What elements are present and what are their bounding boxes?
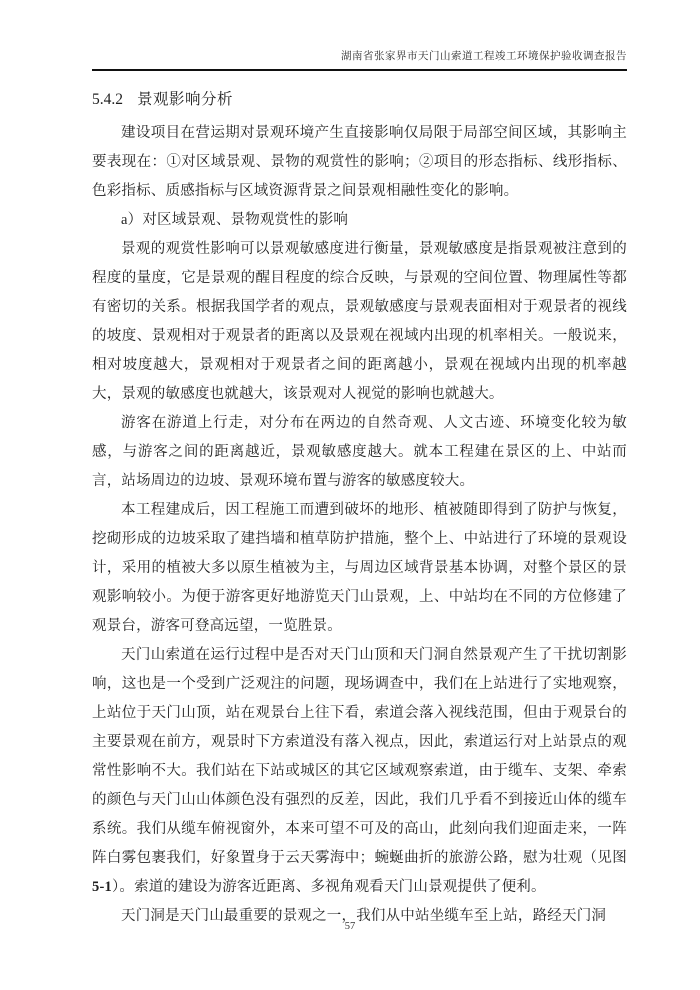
- paragraph: 本工程建成后，因工程施工而遭到破坏的地形、植被随即得到了防护与恢复，挖砌形成的边…: [92, 496, 627, 641]
- document-page: 湖南省张家界市天门山索道工程竣工环境保护验收调查报告 5.4.2景观影响分析 建…: [0, 0, 700, 990]
- section-number: 5.4.2: [92, 91, 123, 108]
- sub-heading: a）对区域景观、景物观赏性的影响: [92, 206, 627, 235]
- page-content: 湖南省张家界市天门山索道工程竣工环境保护验收调查报告 5.4.2景观影响分析 建…: [92, 48, 627, 931]
- section-title: 景观影响分析: [137, 91, 233, 108]
- body-paragraphs: 建设项目在营运期对景观环境产生直接影响仅局限于局部空间区域，其影响主要表现在：①…: [92, 119, 627, 931]
- paragraph-text: 天门山索道在运行过程中是否对天门山顶和天门洞自然景观产生了干扰切割影响，这也是一…: [92, 647, 627, 866]
- paragraph: 游客在游道上行走，对分布在两边的自然奇观、人文古迹、环境变化较为敏感，与游客之间…: [92, 409, 627, 496]
- section-heading: 5.4.2景观影响分析: [92, 87, 627, 109]
- paragraph-text: 5-1: [92, 879, 112, 895]
- header-divider: [92, 69, 627, 71]
- paragraph: 建设项目在营运期对景观环境产生直接影响仅局限于局部空间区域，其影响主要表现在：①…: [92, 119, 627, 206]
- paragraph-text: 景观的观赏性影响可以景观敏感度进行衡量，景观敏感度是指景观被注意到的程度的量度，…: [92, 241, 627, 402]
- paragraph: 景观的观赏性影响可以景观敏感度进行衡量，景观敏感度是指景观被注意到的程度的量度，…: [92, 235, 627, 409]
- running-header-title: 湖南省张家界市天门山索道工程竣工环境保护验收调查报告: [92, 48, 627, 69]
- paragraph-text: ）。索道的建设为游客近距离、多视角观看天门山景观提供了便利。: [112, 879, 546, 895]
- page-number: 57: [0, 921, 700, 932]
- paragraph-text: 本工程建成后，因工程施工而遭到破坏的地形、植被随即得到了防护与恢复，挖砌形成的边…: [92, 502, 627, 634]
- paragraph-text: 建设项目在营运期对景观环境产生直接影响仅局限于局部空间区域，其影响主要表现在：①…: [92, 125, 627, 199]
- paragraph-text: a）对区域景观、景物观赏性的影响: [121, 212, 348, 228]
- paragraph-text: 游客在游道上行走，对分布在两边的自然奇观、人文古迹、环境变化较为敏感，与游客之间…: [92, 415, 627, 489]
- paragraph: 天门山索道在运行过程中是否对天门山顶和天门洞自然景观产生了干扰切割影响，这也是一…: [92, 641, 627, 902]
